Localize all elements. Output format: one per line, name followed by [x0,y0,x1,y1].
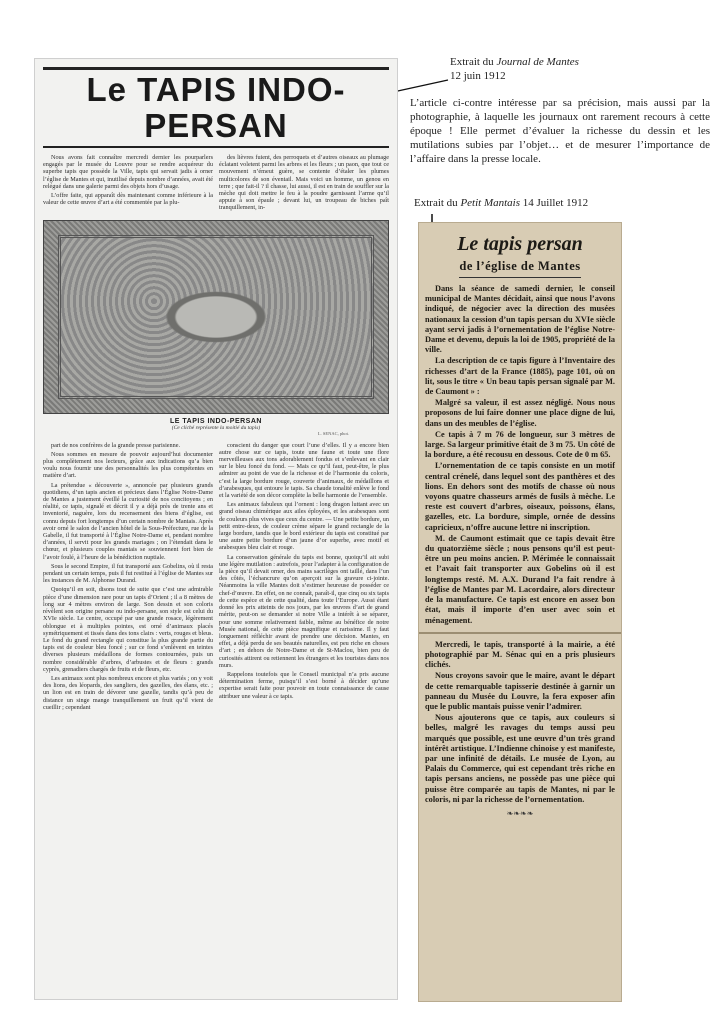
article-headline: Le TAPIS INDO-PERSAN [43,67,389,148]
photo-credit: L. SENAC, phot. [43,431,389,436]
paragraph: Nous avons fait connaître mercredi derni… [43,154,213,190]
column-2: des lièvres fuient, des perroquets et d’… [219,154,389,214]
top-columns: Nous avons fait connaître mercredi derni… [35,154,397,214]
paragraph: part de nos confrères de la grande press… [43,442,213,449]
paragraph: La description de ce tapis figure à l’In… [425,356,615,397]
paragraph: Malgré sa valeur, il est assez négligé. … [425,398,615,429]
paragraph: M. de Caumont estimait que ce tapis deva… [425,534,615,626]
paragraph: Mercredi, le tapis, transporté à la mair… [425,640,615,671]
article-headline: Le tapis persan [419,233,621,255]
source-title: Petit Mantais [460,197,520,209]
caption-title: LE TAPIS INDO-PERSAN [43,418,389,425]
journal-de-mantes-clipping: Le TAPIS INDO-PERSAN Nous avons fait con… [34,58,398,1000]
paragraph: Quoiqu’il en soit, disons tout de suite … [43,586,213,672]
paragraph: La conservation générale du tapis est bo… [219,554,389,669]
paragraph: Ce tapis à 7 m 76 de longueur, sur 3 mèt… [425,430,615,461]
paragraph: Nous ajouterons que ce tapis, aux couleu… [425,713,615,805]
column-1: Nous avons fait connaître mercredi derni… [43,154,213,214]
paragraph: Les animaux sont plus nombreux encore et… [43,675,213,711]
source-date: 12 juin 1912 [450,70,506,82]
carpet-photograph [43,220,389,414]
article-subheadline: de l’église de Mantes [419,259,621,274]
source-title: Journal de Mantes [496,56,578,68]
clipping-join [419,632,621,634]
paragraph: Nous croyons savoir que le maire, avant … [425,671,615,712]
source-label-petit-mantais: Extrait du Petit Mantais 14 Juillet 1912 [414,196,588,210]
paragraph: La prétendue « découverte », annoncée pa… [43,482,213,561]
paragraph: Sous le second Empire, il fut transporté… [43,563,213,585]
paragraph: Nous sommes en mesure de pouvoir aujourd… [43,451,213,480]
paragraph: L’offre faite, qui apparaît dès maintena… [43,192,213,206]
lower-columns: part de nos confrères de la grande press… [35,440,397,713]
end-ornament: ❧❧❧❧ [419,809,621,818]
paragraph: Rappelons toutefois que le Conseil munic… [219,671,389,700]
divider [459,277,581,278]
petit-mantais-clipping: Le tapis persan de l’église de Mantes Da… [418,222,622,1002]
paragraph: des lièvres fuient, des perroquets et d’… [219,154,389,212]
column-2: conscient du danger que court l’une d’el… [219,442,389,713]
article-body-bottom: Mercredi, le tapis, transporté à la mair… [419,640,621,805]
article-body-top: Dans la séance de samedi dernier, le con… [419,284,621,626]
photo-caption: LE TAPIS INDO-PERSAN (Ce cliché représen… [43,418,389,436]
source-date: 14 Juillet 1912 [520,197,588,209]
paragraph: Dans la séance de samedi dernier, le con… [425,284,615,355]
commentary-text: L’article ci-contre intéresse par sa pré… [410,96,710,166]
paragraph: conscient du danger que court l’une d’el… [219,442,389,500]
paragraph: Les animaux fabuleux qui l’ornent : long… [219,501,389,551]
paragraph: L’ornementation de ce tapis consiste en … [425,461,615,532]
source-label-journal-de-mantes: Extrait du Journal de Mantes 12 juin 191… [450,55,579,83]
column-1: part de nos confrères de la grande press… [43,442,213,713]
